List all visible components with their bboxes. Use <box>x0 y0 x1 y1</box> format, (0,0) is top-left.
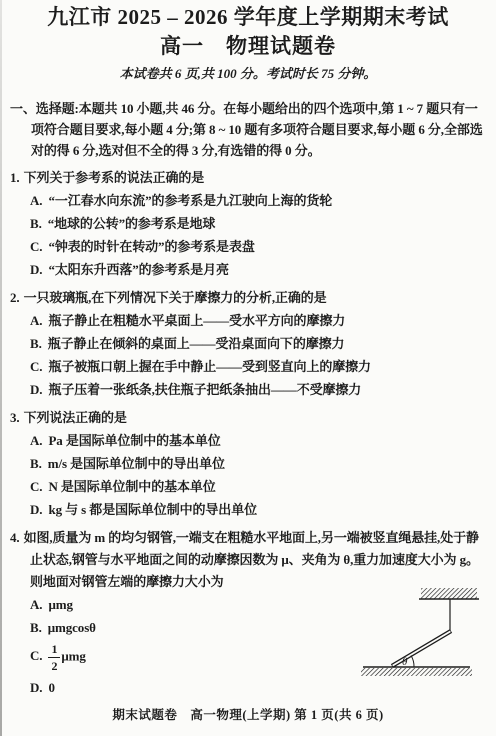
question-3: 3.下列说法正确的是 A.Pa 是国际单位制中的基本单位 B.m/s 是国际单位… <box>10 407 484 521</box>
option-label: A. <box>30 313 42 328</box>
option-row-a: A.瓶子静止在粗糙水平桌面上——受水平方向的摩擦力 <box>30 309 484 332</box>
question-stem-text: 下列说法正确的是 <box>24 410 127 425</box>
option-text: “一江春水向东流”的参考系是九江驶向上海的货轮 <box>48 193 332 208</box>
option-label: B. <box>30 216 42 231</box>
option-text: N 是国际单位制中的基本单位 <box>48 479 215 494</box>
option-row-b: B.“地球的公转”的参考系是地球 <box>30 212 484 235</box>
question-2: 2.一只玻璃瓶,在下列情况下关于摩擦力的分析,正确的是 A.瓶子静止在粗糙水平桌… <box>10 287 484 401</box>
option-text: 0 <box>48 680 54 695</box>
option-row-d: D.瓶子压着一张纸条,扶住瓶子把纸条抽出——不受摩擦力 <box>30 378 484 401</box>
option-label: B. <box>30 336 42 351</box>
question-stem-text: 一只玻璃瓶,在下列情况下关于摩擦力的分析,正确的是 <box>24 290 327 305</box>
option-text: 瓶子静止在倾斜的桌面上——受沿桌面向下的摩擦力 <box>48 336 345 351</box>
question-stem: 1.下列关于参考系的说法正确的是 <box>10 167 484 189</box>
section-one-intro: 一、选择题:本题共 10 小题,共 46 分。在每小题给出的四个选项中,第 1 … <box>10 98 484 161</box>
question-number: 2. <box>10 290 20 305</box>
option-label: D. <box>30 680 42 695</box>
option-text: “太阳东升西落”的参考系是月亮 <box>48 262 229 277</box>
option-row-d: D.0 <box>30 676 310 699</box>
option-row-b: B.m/s 是国际单位制中的导出单位 <box>30 452 484 475</box>
option-text: 瓶子被瓶口朝上握在手中静止——受到竖直向上的摩擦力 <box>48 359 371 374</box>
scan-edge-line <box>0 0 2 736</box>
option-text: kg 与 s 都是国际单位制中的导出单位 <box>48 502 257 517</box>
option-text: μmg <box>48 597 72 612</box>
option-row-c: C.“钟表的时针在转动”的参考系是表盘 <box>30 235 484 258</box>
option-label: C. <box>30 359 42 374</box>
question-1: 1.下列关于参考系的说法正确的是 A.“一江春水向东流”的参考系是九江驶向上海的… <box>10 167 484 281</box>
exam-header: 九江市 2025 – 2026 学年度上学期期末考试 高一 物理试题卷 本试卷共… <box>0 0 496 83</box>
option-text: 瓶子静止在粗糙水平桌面上——受水平方向的摩擦力 <box>48 313 345 328</box>
option-row-a: A.μmg <box>30 593 310 616</box>
option-label: C. <box>30 648 42 663</box>
option-label: A. <box>30 597 42 612</box>
option-label: D. <box>30 502 42 517</box>
exam-subtitle: 高一 物理试题卷 <box>0 33 496 60</box>
angle-theta-label: θ <box>402 656 408 668</box>
question-stem: 3.下列说法正确的是 <box>10 407 484 429</box>
option-label: B. <box>30 620 42 635</box>
option-row-b: B.μmgcosθ <box>30 616 310 639</box>
option-text: m/s 是国际单位制中的导出单位 <box>48 456 225 471</box>
question-stem: 2.一只玻璃瓶,在下列情况下关于摩擦力的分析,正确的是 <box>10 287 484 309</box>
option-row-c: C.N 是国际单位制中的基本单位 <box>30 475 484 498</box>
question-number: 4. <box>10 530 20 545</box>
option-label: B. <box>30 456 42 471</box>
question-stem-text: 如图,质量为 m 的均匀钢管,一端支在粗糙水平地面上,另一端被竖直绳悬挂,处于静… <box>24 530 479 589</box>
angle-arc <box>411 656 414 668</box>
fraction-numerator: 1 <box>48 643 60 658</box>
question-4-figure: θ <box>358 584 490 684</box>
option-label: D. <box>30 262 42 277</box>
option-label: C. <box>30 239 42 254</box>
option-row-a: A.Pa 是国际单位制中的基本单位 <box>30 429 484 452</box>
option-text: “地球的公转”的参考系是地球 <box>48 216 216 231</box>
fraction-denominator: 2 <box>51 658 57 672</box>
option-row-b: B.瓶子静止在倾斜的桌面上——受沿桌面向下的摩擦力 <box>30 332 484 355</box>
exam-info-line: 本试卷共 6 页,共 100 分。考试时长 75 分钟。 <box>0 64 496 83</box>
question-number: 3. <box>10 410 20 425</box>
question-number: 1. <box>10 170 20 185</box>
option-label: A. <box>30 433 42 448</box>
option-text: μmg <box>61 648 85 663</box>
option-label: A. <box>30 193 42 208</box>
option-text: μmgcosθ <box>48 620 96 635</box>
option-row-a: A.“一江春水向东流”的参考系是九江驶向上海的货轮 <box>30 189 484 212</box>
option-label: D. <box>30 382 42 397</box>
option-row-c: C.瓶子被瓶口朝上握在手中静止——受到竖直向上的摩擦力 <box>30 355 484 378</box>
question-4-options: A.μmg B.μmgcosθ C.12μmg D.0 <box>10 593 310 699</box>
ground <box>361 667 472 676</box>
ceiling-hatch <box>419 588 479 599</box>
option-row-d: D.“太阳东升西落”的参考系是月亮 <box>30 258 484 281</box>
ground-hatch <box>361 668 472 676</box>
exam-page: 九江市 2025 – 2026 学年度上学期期末考试 高一 物理试题卷 本试卷共… <box>0 0 496 736</box>
option-text: 瓶子压着一张纸条,扶住瓶子把纸条抽出——不受摩擦力 <box>48 382 361 397</box>
option-row-c: C.12μmg <box>30 643 310 672</box>
fraction: 12 <box>48 643 60 672</box>
question-stem-text: 下列关于参考系的说法正确的是 <box>24 170 205 185</box>
option-text: “钟表的时针在转动”的参考系是表盘 <box>48 239 254 254</box>
option-row-d: D.kg 与 s 都是国际单位制中的导出单位 <box>30 498 484 521</box>
option-label: C. <box>30 479 42 494</box>
page-title: 九江市 2025 – 2026 学年度上学期期末考试 <box>0 4 496 30</box>
page-footer: 期末试题卷 高一物理(上学期) 第 1 页(共 6 页) <box>0 705 496 723</box>
option-text: Pa 是国际单位制中的基本单位 <box>48 433 220 448</box>
steel-pipe <box>392 631 451 666</box>
